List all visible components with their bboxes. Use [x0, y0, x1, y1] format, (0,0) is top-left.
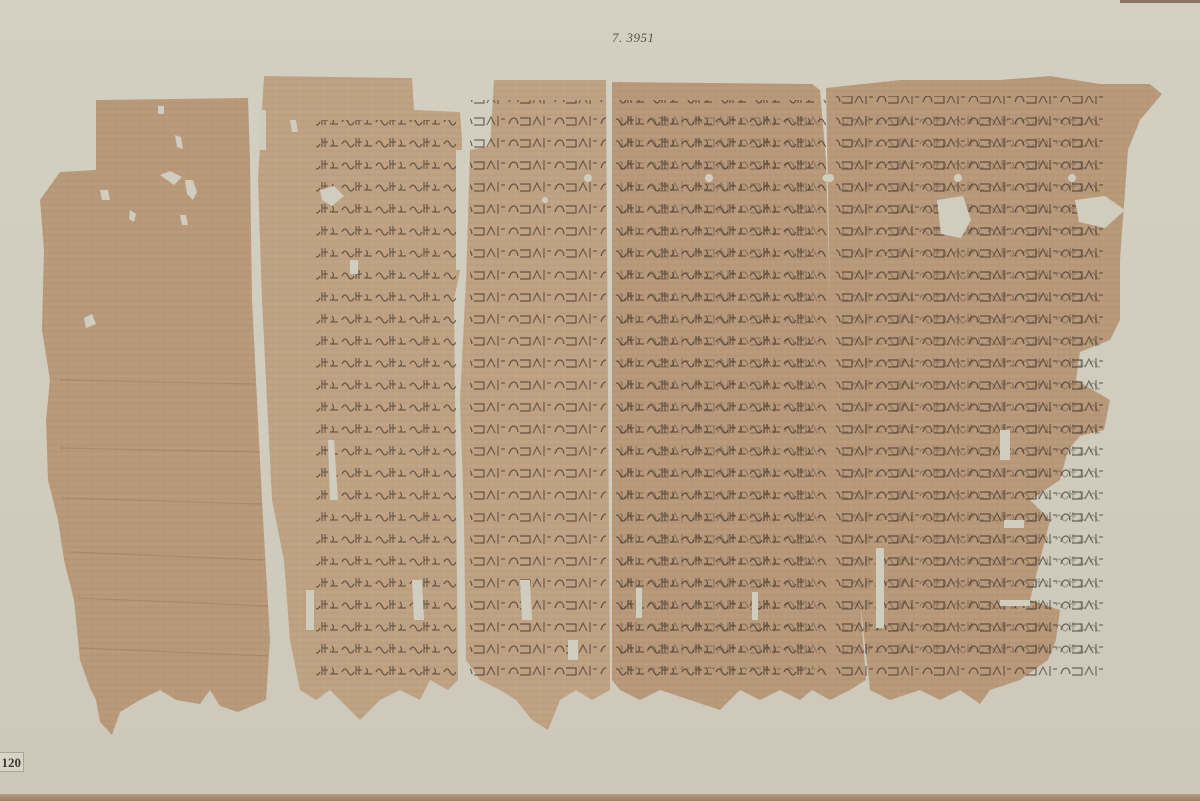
catalogue-number: 7. 3951 [612, 30, 655, 46]
papyrus-photograph [0, 0, 1200, 801]
board-bottom-edge [0, 794, 1200, 801]
left-blank-fragment [40, 98, 270, 735]
mounting-board: 7. 3951 120 [0, 0, 1200, 801]
plate-label: 120 [0, 752, 24, 772]
board-top-edge [1120, 0, 1200, 3]
